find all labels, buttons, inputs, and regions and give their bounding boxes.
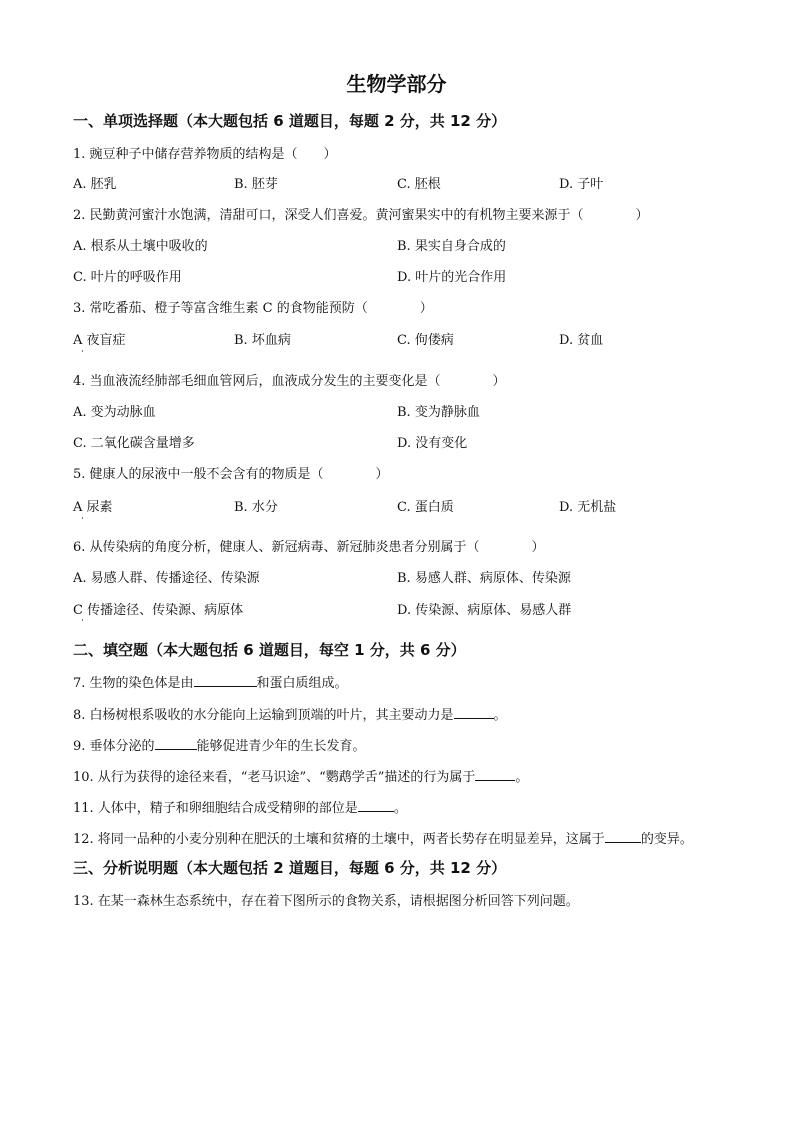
option-c: C. 佝偻病 xyxy=(397,329,454,348)
fill-text-after: 能够促进青少年的生长发育。 xyxy=(197,739,366,754)
answer-blank[interactable] xyxy=(605,830,641,843)
option-a: A. 易感人群、传播途径、传染源 xyxy=(73,567,260,586)
stray-mark xyxy=(82,619,83,621)
answer-blank[interactable] xyxy=(155,737,197,750)
fill-text-after: 。 xyxy=(494,708,507,723)
option-a: A. 胚乳 xyxy=(73,173,117,192)
question-stem: 13. 在某一森林生态系统中，存在着下图所示的食物关系，请根据图分析回答下列问题… xyxy=(73,890,579,909)
question-stem: 1. 豌豆种子中储存营养物质的结构是（ ） xyxy=(73,143,337,162)
fill-question: 7. 生物的染色体是由和蛋白质组成。 xyxy=(73,672,348,691)
fill-text-before: 8. 白杨树根系吸收的水分能向上运输到顶端的叶片，其主要动力是 xyxy=(73,708,454,723)
option-b: B. 坏血病 xyxy=(234,329,291,348)
answer-blank[interactable] xyxy=(475,768,515,781)
question-stem: 2. 民勤黄河蜜汁水饱满，清甜可口，深受人们喜爱。黄河蜜果实中的有机物主要来源于… xyxy=(73,204,649,223)
fill-question: 11. 人体中，精子和卵细胞结合成受精卵的部位是。 xyxy=(73,797,407,816)
option-b: B. 果实自身合成的 xyxy=(397,235,506,254)
fill-text-after: 的变异。 xyxy=(641,832,693,847)
option-c: C. 二氧化碳含量增多 xyxy=(73,432,195,451)
option-d: D. 无机盐 xyxy=(559,496,616,515)
stray-mark xyxy=(82,350,83,352)
option-c: C 传播途径、传染源、病原体 xyxy=(73,599,243,618)
option-a: A. 根系从土壤中吸收的 xyxy=(73,235,208,254)
section-heading-choice: 一、单项选择题（本大题包括 6 道题目，每题 2 分，共 12 分） xyxy=(73,110,506,131)
fill-question: 10. 从行为获得的途径来看，“老马识途”、“鹦鹉学舌”描述的行为属于。 xyxy=(73,766,528,785)
option-b: B. 水分 xyxy=(234,496,278,515)
option-c: C. 蛋白质 xyxy=(397,496,454,515)
question-stem: 4. 当血液流经肺部毛细血管网后，血液成分发生的主要变化是（ ） xyxy=(73,370,506,389)
option-b: B. 变为静脉血 xyxy=(397,401,480,420)
fill-text-before: 9. 垂体分泌的 xyxy=(73,739,155,754)
option-d: D. 叶片的光合作用 xyxy=(397,266,506,285)
option-c: C. 叶片的呼吸作用 xyxy=(73,266,182,285)
fill-question: 12. 将同一品种的小麦分别种在肥沃的土壤和贫瘠的土壤中，两者长势存在明显差异，… xyxy=(73,828,693,847)
fill-text-after: 和蛋白质组成。 xyxy=(257,676,348,691)
answer-blank[interactable] xyxy=(194,674,257,687)
question-stem: 6. 从传染病的角度分析，健康人、新冠病毒、新冠肺炎患者分别属于（ ） xyxy=(73,536,545,555)
option-c: C. 胚根 xyxy=(397,173,441,192)
option-b: B. 易感人群、病原体、传染源 xyxy=(397,567,571,586)
option-d: D. 贫血 xyxy=(559,329,603,348)
page-title: 生物学部分 xyxy=(0,68,793,97)
fill-question: 8. 白杨树根系吸收的水分能向上运输到顶端的叶片，其主要动力是。 xyxy=(73,704,507,723)
option-a: A 夜盲症 xyxy=(73,329,126,348)
answer-blank[interactable] xyxy=(454,706,494,719)
question-stem: 3. 常吃番茄、橙子等富含维生素 C 的食物能预防（ ） xyxy=(73,297,433,316)
fill-text-before: 12. 将同一品种的小麦分别种在肥沃的土壤和贫瘠的土壤中，两者长势存在明显差异，… xyxy=(73,832,605,847)
answer-blank[interactable] xyxy=(358,799,394,812)
fill-text-after: 。 xyxy=(515,770,528,785)
option-a: A 尿素 xyxy=(73,496,113,515)
option-d: D. 子叶 xyxy=(559,173,603,192)
option-d: D. 传染源、病原体、易感人群 xyxy=(397,599,571,618)
section-heading-fill: 二、填空题（本大题包括 6 道题目，每空 1 分，共 6 分） xyxy=(73,639,466,660)
fill-text-after: 。 xyxy=(394,801,407,816)
fill-question: 9. 垂体分泌的能够促进青少年的生长发育。 xyxy=(73,735,366,754)
option-d: D. 没有变化 xyxy=(397,432,467,451)
section-heading-analysis: 三、分析说明题（本大题包括 2 道题目，每题 6 分，共 12 分） xyxy=(73,857,506,878)
option-b: B. 胚芽 xyxy=(234,173,278,192)
fill-text-before: 10. 从行为获得的途径来看，“老马识途”、“鹦鹉学舌”描述的行为属于 xyxy=(73,770,475,785)
stray-mark xyxy=(82,517,83,519)
fill-text-before: 11. 人体中，精子和卵细胞结合成受精卵的部位是 xyxy=(73,801,358,816)
question-stem: 5. 健康人的尿液中一般不会含有的物质是（ ） xyxy=(73,463,389,482)
option-a: A. 变为动脉血 xyxy=(73,401,156,420)
fill-text-before: 7. 生物的染色体是由 xyxy=(73,676,194,691)
